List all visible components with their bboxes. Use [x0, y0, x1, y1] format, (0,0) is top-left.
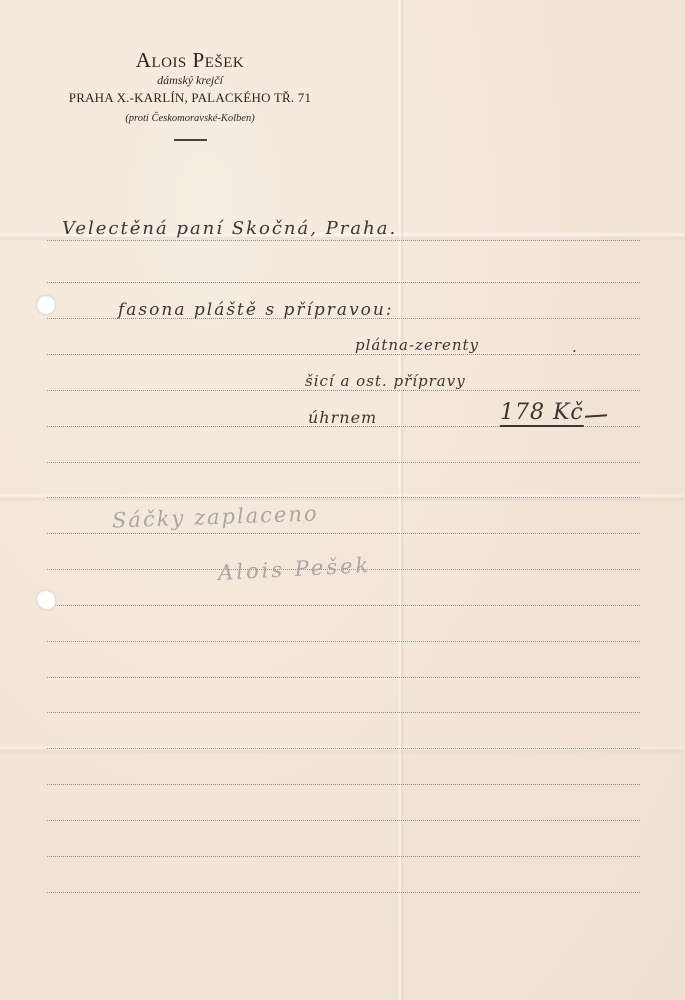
letterhead-divider: [174, 139, 207, 141]
ruled-line: [47, 354, 640, 355]
handwritten-total-amount: 178 Kč: [500, 400, 584, 425]
ruled-line: [47, 497, 640, 498]
ruled-line: [47, 677, 640, 678]
ruled-line: [47, 712, 640, 713]
ruled-line: [47, 784, 640, 785]
ruled-line: [47, 390, 640, 391]
ruled-line: [47, 820, 640, 821]
ruled-line: [47, 462, 640, 463]
handwritten-dot: .: [572, 338, 578, 356]
ruled-line: [47, 748, 640, 749]
ruled-line: [47, 533, 640, 534]
ruled-line: [47, 240, 640, 241]
letter-paper: [0, 0, 685, 1000]
letterhead-profession: dámský krejčí: [40, 72, 340, 88]
handwritten-item-line2: šicí a ost. přípravy: [305, 372, 466, 390]
ruled-line: [47, 892, 640, 893]
handwritten-total-label: úhrnem: [308, 408, 377, 427]
punch-hole: [36, 590, 56, 610]
ruled-line: [47, 641, 640, 642]
letterhead-name: Alois Pešek: [40, 48, 340, 72]
punch-hole: [36, 295, 56, 315]
letterhead: Alois Pešek dámský krejčí PRAHA X.-KARLÍ…: [40, 48, 340, 141]
handwritten-item-title: fasona pláště s přípravou:: [118, 300, 394, 320]
ruled-line: [47, 282, 640, 283]
handwritten-salutation: Velectěná paní Skočná, Praha.: [62, 218, 397, 239]
letterhead-address: PRAHA X.-KARLÍN, PALACKÉHO TŘ. 71: [40, 89, 340, 107]
ruled-line: [47, 605, 640, 606]
ruled-line: [47, 856, 640, 857]
letterhead-note: (proti Českomoravské-Kolben): [40, 111, 340, 127]
handwritten-item-line1: plátna-zerenty: [355, 336, 479, 354]
